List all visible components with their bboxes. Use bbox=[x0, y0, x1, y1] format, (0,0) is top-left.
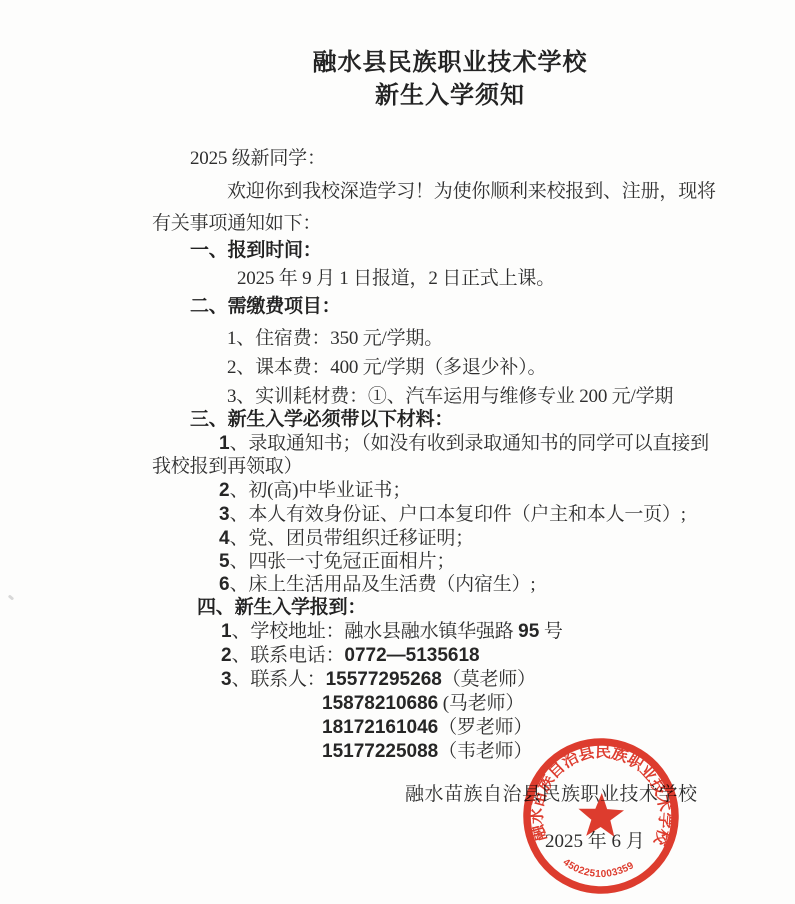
doc-line: 3、本人有效身份证、户口本复印件（户主和本人一页）; bbox=[219, 503, 686, 527]
text-run: 、本人有效身份证、户口本复印件（户主和本人一页）; bbox=[230, 504, 686, 525]
text-run: 号 bbox=[539, 621, 562, 642]
numeric-run: 3 bbox=[221, 669, 232, 690]
numeric-run: 95 bbox=[518, 621, 539, 642]
doc-line: 我校报到再领取） bbox=[152, 455, 302, 479]
text-run: （罗老师） bbox=[438, 717, 532, 738]
numeric-run: 1 bbox=[219, 433, 230, 454]
section-heading: 二、需缴费项目： bbox=[190, 295, 340, 319]
star-icon bbox=[578, 792, 625, 837]
doc-line: 1、住宿费：350 元/学期。 bbox=[227, 327, 443, 351]
numeric-run: 6 bbox=[219, 574, 230, 595]
doc-line: 6、床上生活用品及生活费（内宿生）; bbox=[219, 573, 535, 597]
doc-line: 3、实训耗材费：①、汽车运用与维修专业 200 元/学期 bbox=[227, 385, 673, 409]
text-run: 、床上生活用品及生活费（内宿生）; bbox=[230, 574, 536, 595]
doc-line: 18172161046（罗老师） bbox=[322, 716, 532, 740]
text-run: (马老师） bbox=[438, 693, 524, 714]
doc-line: 2、联系电话：0772—5135618 bbox=[221, 644, 480, 668]
text-run: 、党、团员带组织迁移证明； bbox=[230, 528, 474, 549]
doc-line: 5、四张一寸免冠正面相片； bbox=[219, 550, 455, 574]
seal-serial-number: 4502251003359 bbox=[560, 857, 637, 882]
numeric-run: 15177225088 bbox=[322, 741, 438, 762]
text-run: 、学校地址：融水县融水镇华强路 bbox=[232, 621, 519, 642]
numeric-run: 2 bbox=[219, 480, 230, 501]
doc-line: 15177225088（韦老师） bbox=[322, 740, 532, 764]
numeric-run: 0772—5135618 bbox=[344, 645, 479, 666]
doc-line: 15878210686 (马老师） bbox=[322, 692, 524, 716]
doc-line: 2、初(高)中毕业证书； bbox=[219, 479, 411, 503]
seal-serial-container: 4502251003359 bbox=[560, 857, 637, 882]
doc-line: 2025 年 9 月 1 日报道，2 日正式上课。 bbox=[237, 267, 555, 291]
doc-line: 2、课本费：400 元/学期（多退少补）。 bbox=[227, 356, 546, 380]
section-heading: 一、报到时间： bbox=[190, 239, 322, 263]
text-run: （莫老师） bbox=[442, 669, 536, 690]
doc-line: 3、联系人：15577295268（莫老师） bbox=[221, 668, 536, 692]
scanned-notice-page: 融水县民族职业技术学校 新生入学须知 2025 级新同学：欢迎你到我校深造学习！… bbox=[0, 0, 795, 904]
doc-line: 欢迎你到我校深造学习！为使你顺利来校报到、注册，现将 bbox=[227, 180, 716, 204]
text-run: （韦老师） bbox=[438, 741, 532, 762]
numeric-run: 5 bbox=[219, 551, 230, 572]
doc-line: 4、党、团员带组织迁移证明； bbox=[219, 527, 474, 551]
text-run: 、联系人： bbox=[232, 669, 326, 690]
text-run: 、联系电话： bbox=[232, 645, 345, 666]
section-heading: 三、新生入学必须带以下材料： bbox=[190, 408, 453, 432]
numeric-run: 18172161046 bbox=[322, 717, 438, 738]
text-run: 、四张一寸免冠正面相片； bbox=[230, 551, 456, 572]
official-seal-stamp: 融水苗族自治县民族职业技术学校 4502251003359 bbox=[515, 730, 687, 902]
doc-line: 有关事项通知如下： bbox=[152, 212, 321, 236]
numeric-run: 15577295268 bbox=[326, 669, 442, 690]
doc-line: 1、录取通知书；（如没有收到录取通知书的同学可以直接到 bbox=[219, 432, 709, 456]
numeric-run: 15878210686 bbox=[322, 693, 438, 714]
numeric-run: 3 bbox=[219, 504, 230, 525]
numeric-run: 2 bbox=[221, 645, 232, 666]
doc-line: 2025 级新同学： bbox=[190, 147, 326, 171]
numeric-run: 4 bbox=[219, 528, 230, 549]
doc-line: 1、学校地址：融水县融水镇华强路 95 号 bbox=[221, 620, 563, 644]
text-run: 、录取通知书；（如没有收到录取通知书的同学可以直接到 bbox=[230, 433, 709, 454]
section-heading: 四、新生入学报到： bbox=[197, 596, 366, 620]
numeric-run: 1 bbox=[221, 621, 232, 642]
text-run: 、初(高)中毕业证书； bbox=[230, 480, 411, 501]
